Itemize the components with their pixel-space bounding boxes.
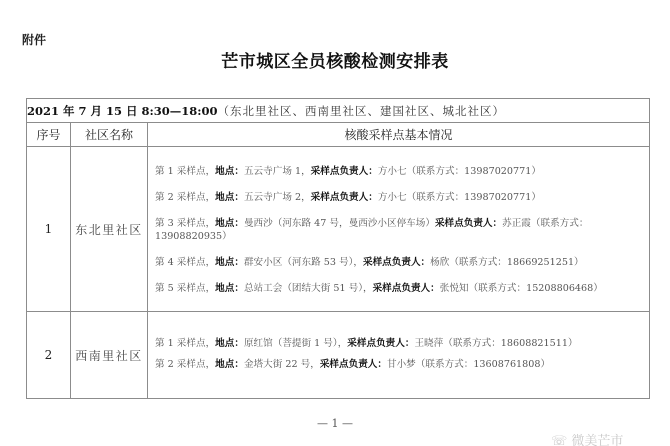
row-community: 东北里社区 [71,147,148,312]
row-sites: 第 1 采样点，地点：原红馆（菩提街 1 号），采样点负责人：王晓萍（联系方式：… [148,312,650,399]
site-item: 第 5 采样点，地点：总站工会（团结大街 51 号），采样点负责人：张悦知（联系… [155,282,643,295]
site-item: 第 2 采样点，地点：金塔大街 22 号，采样点负责人：甘小梦（联系方式：136… [155,358,643,371]
site-item: 第 2 采样点，地点：五云寺广场 2，采样点负责人：方小七（联系方式：13987… [155,191,643,204]
site-item: 第 1 采样点，地点：五云寺广场 1，采样点负责人：方小七（联系方式：13987… [155,165,643,178]
site-item: 第 1 采样点，地点：原红馆（菩提街 1 号），采样点负责人：王晓萍（联系方式：… [155,337,643,350]
wechat-icon: ☏ [551,434,571,446]
header-community: 社区名称 [71,123,148,147]
watermark: ☏ 微美芒市 [551,430,623,446]
schedule-table: 2021 年 7 月 15 日 8:30—18:00（东北里社区、西南里社区、建… [26,98,650,399]
header-seq: 序号 [27,123,71,147]
row-community: 西南里社区 [71,312,148,399]
page-title: 芒市城区全员核酸检测安排表 [0,47,670,72]
date-line: 2021 年 7 月 15 日 8:30—18:00 [27,104,218,118]
row-seq: 1 [27,147,71,312]
table-header: 序号 社区名称 核酸采样点基本情况 [27,123,650,147]
site-item: 第 4 采样点，地点：群安小区（河东路 53 号），采样点负责人：杨欣（联系方式… [155,256,643,269]
row-seq: 2 [27,312,71,399]
attachment-label: 附件 [22,31,46,48]
date-row: 2021 年 7 月 15 日 8:30—18:00（东北里社区、西南里社区、建… [27,99,650,123]
header-sites: 核酸采样点基本情况 [148,123,650,147]
communities-note: （东北里社区、西南里社区、建国社区、城北社区） [218,104,506,118]
page-number: — 1 — [0,417,670,430]
table-row: 2 西南里社区 第 1 采样点，地点：原红馆（菩提街 1 号），采样点负责人：王… [27,312,650,399]
table-row: 1 东北里社区 第 1 采样点，地点：五云寺广场 1，采样点负责人：方小七（联系… [27,147,650,312]
row-sites: 第 1 采样点，地点：五云寺广场 1，采样点负责人：方小七（联系方式：13987… [148,147,650,312]
site-item: 第 3 采样点，地点：曼西沙（河东路 47 号，曼西沙小区停车场）采样点负责人：… [155,217,643,243]
